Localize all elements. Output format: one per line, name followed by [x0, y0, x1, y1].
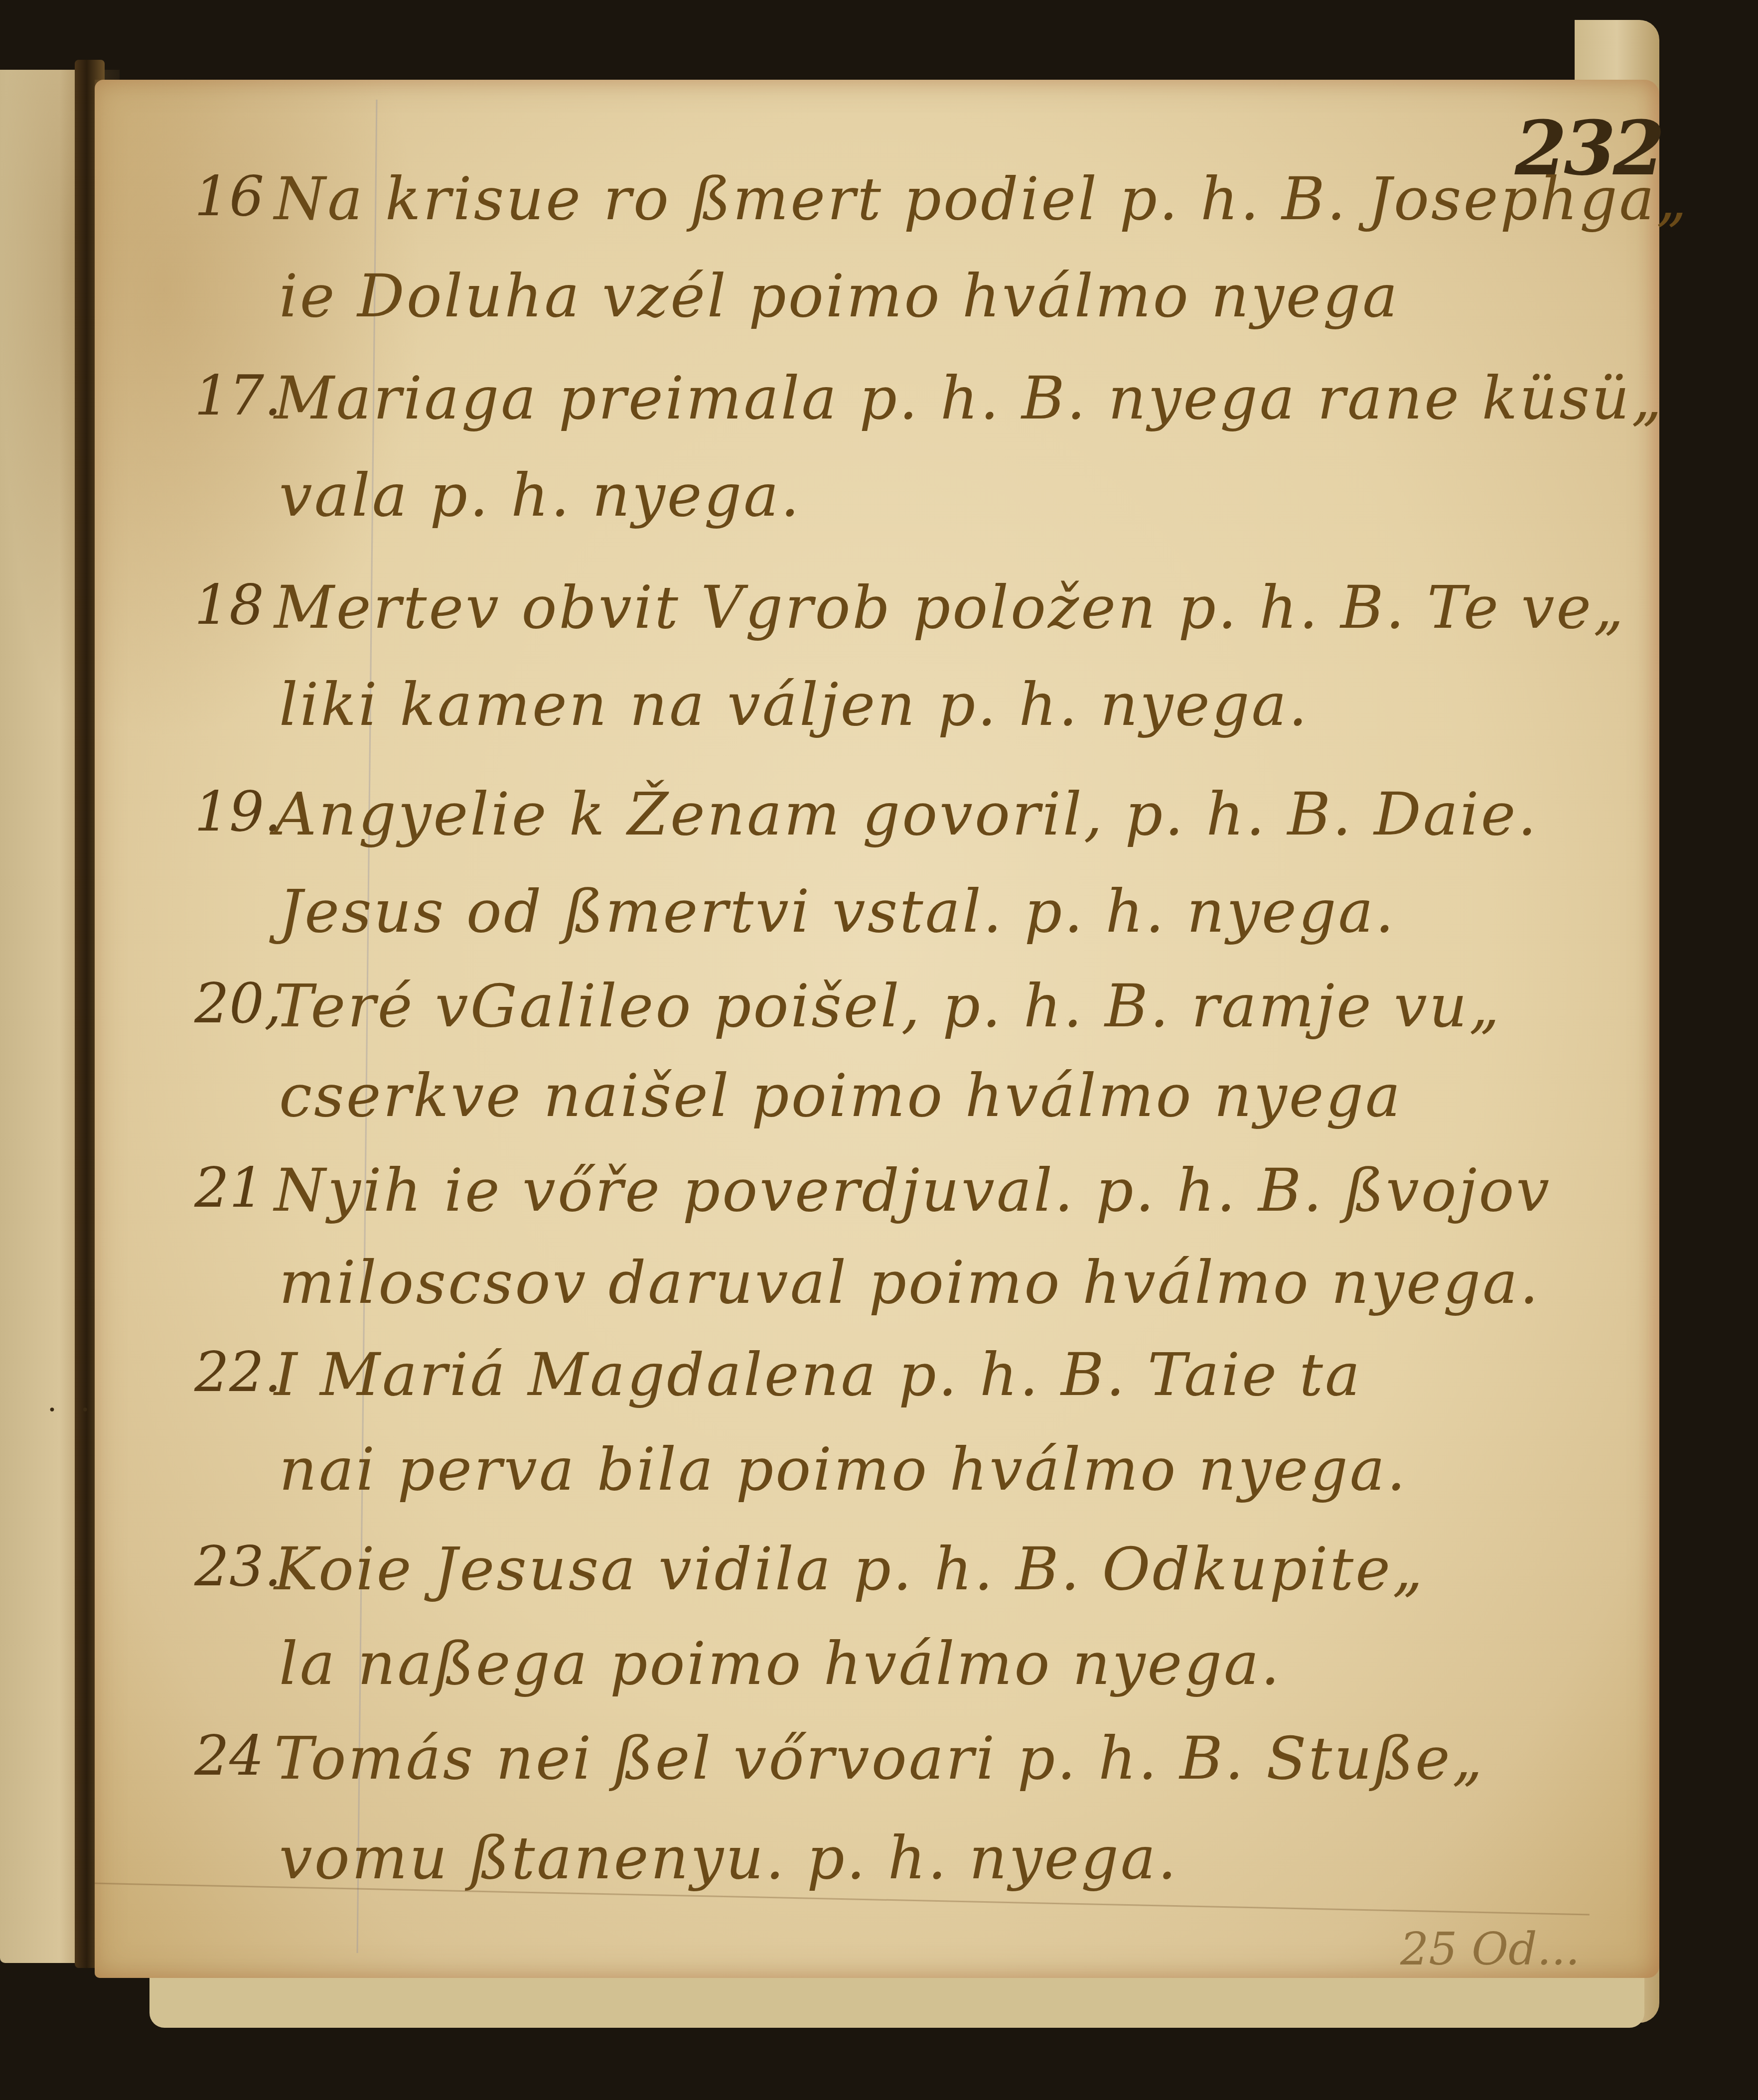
entry-line: Angyelie k Ženam govoril, p. h. B. Daie. [274, 780, 1538, 848]
entry-line: la naßega poimo hválmo nyega. [279, 1629, 1282, 1698]
underlying-page-edge [149, 1973, 1644, 2028]
entry-line: vala p. h. nyega. [279, 461, 801, 530]
entry-line: Koie Jesusa vidila p. h. B. Odkupite„ [274, 1535, 1425, 1603]
entry-line: vomu ßtanenyu. p. h. nyega. [279, 1823, 1178, 1892]
manuscript-page: 232 16 Na krisue ro ßmert podiel p. h. B… [95, 80, 1659, 1978]
catchword: 25 Od... [1400, 1923, 1580, 1975]
entry-line: Mertev obvit Vgrob položen p. h. B. Te v… [274, 573, 1625, 642]
entry-line: Tomás nei ßel vőrvoari p. h. B. Stuße„ [274, 1724, 1484, 1793]
entries-list: 16 Na krisue ro ßmert podiel p. h. B. Jo… [95, 80, 1659, 1978]
entry-line: Teré vGalileo poišel, p. h. B. ramje vu„ [274, 972, 1501, 1040]
entry-line: miloscsov daruval poimo hválmo nyega. [279, 1248, 1540, 1317]
entry-line: liki kamen na váljen p. h. nyega. [279, 670, 1309, 739]
entry-line: Nyih ie vőře poverdjuval. p. h. B. ßvojo… [274, 1156, 1551, 1225]
entry-line: Jesus od ßmertvi vstal. p. h. nyega. [279, 877, 1396, 946]
entry-line: nai perva bila poimo hválmo nyega. [279, 1435, 1408, 1504]
entry-line: cserkve naišel poimo hválmo nyega [279, 1061, 1402, 1130]
entry-line: Mariaga preimala p. h. B. nyega rane küs… [274, 364, 1664, 432]
entry-line: Na krisue ro ßmert podiel p. h. B. Josep… [274, 164, 1689, 233]
entry-line: I Mariá Magdalena p. h. B. Taie ta [274, 1340, 1362, 1409]
entry-line: ie Doluha vzél poimo hválmo nyega [279, 262, 1400, 330]
